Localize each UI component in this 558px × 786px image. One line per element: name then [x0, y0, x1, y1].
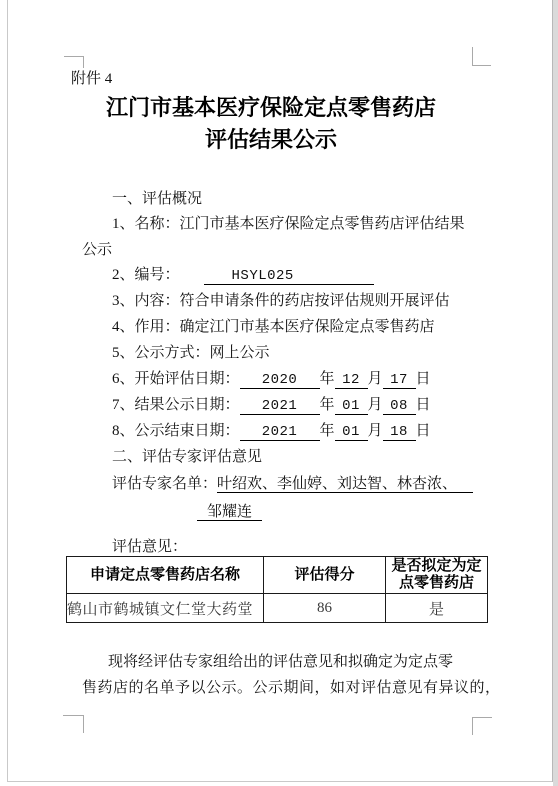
item-publicity-method: 5、公示方式：网上公示 [112, 344, 270, 362]
item-name-continuation: 公示 [82, 241, 112, 259]
month-char: 月 [368, 397, 383, 413]
opinion-label: 评估意见： [112, 538, 187, 556]
experts-names-2: 邹耀连 [197, 504, 262, 521]
header-designated: 是否拟定为定点零售药店 [386, 557, 488, 594]
date-month: 12 [335, 372, 368, 389]
day-char: 日 [416, 371, 431, 387]
cell-score: 86 [264, 594, 386, 623]
document-page: 附件 4 江门市基本医疗保险定点零售药店 评估结果公示 一、评估概况 1、名称：… [0, 0, 558, 786]
item-content: 3、内容：符合申请条件的药店按评估规则开展评估 [112, 292, 450, 310]
crop-mark-bottom-right [472, 717, 492, 735]
date-label: 6、开始评估日期： [112, 371, 240, 387]
header-score: 评估得分 [264, 557, 386, 594]
page-bottom-edge [7, 781, 553, 782]
cell-designated: 是 [386, 594, 488, 623]
year-char: 年 [320, 397, 335, 413]
table-row: 鹤山市鹤城镇文仁堂大药堂 86 是 [67, 594, 488, 623]
year-char: 年 [320, 423, 335, 439]
date-year: 2021 [240, 424, 320, 441]
item-number-line: 2、编号：HSYL025 [112, 266, 374, 285]
date-day: 17 [383, 372, 416, 389]
date-label: 7、结果公示日期： [112, 397, 240, 413]
date-day: 08 [383, 398, 416, 415]
header-pharmacy-name: 申请定点零售药店名称 [67, 557, 264, 594]
date-label: 8、公示结束日期： [112, 423, 240, 439]
cell-pharmacy-name: 鹤山市鹤城镇文仁堂大药堂 [67, 594, 264, 623]
crop-mark-top-left [64, 56, 84, 68]
item-number-label: 2、编号： [112, 267, 180, 283]
date-year: 2020 [240, 372, 320, 389]
date-month: 01 [335, 398, 368, 415]
section2-heading: 二、评估专家评估意见 [112, 448, 262, 466]
attachment-label: 附件 4 [71, 70, 112, 88]
experts-names: 叶绍欢、李仙婷、刘达智、林杏浓、 [217, 476, 473, 493]
date-line-end: 8、公示结束日期：2021年01月18日 [112, 422, 431, 441]
doc-title-line1: 江门市基本医疗保险定点零售药店 [36, 95, 506, 121]
date-month: 01 [335, 424, 368, 441]
day-char: 日 [416, 397, 431, 413]
closing-paragraph-line1: 现将经评估专家组给出的评估意见和拟确定为定点零 [108, 653, 453, 671]
crop-mark-bottom-left [63, 715, 84, 733]
crop-mark-top-right [472, 47, 491, 66]
page-left-edge [7, 0, 8, 782]
closing-paragraph-line2: 售药店的名单予以公示。公示期间，如对评估意见有异议的， [82, 679, 501, 697]
experts-line-continuation: 邹耀连 [197, 503, 262, 521]
month-char: 月 [368, 423, 383, 439]
date-year: 2021 [240, 398, 320, 415]
page-right-shadow [553, 0, 558, 786]
date-day: 18 [383, 424, 416, 441]
experts-line: 评估专家名单：叶绍欢、李仙婷、刘达智、林杏浓、 [112, 475, 473, 493]
item-function: 4、作用：确定江门市基本医疗保险定点零售药店 [112, 318, 435, 336]
doc-title-line2: 评估结果公示 [36, 127, 506, 153]
table-header-row: 申请定点零售药店名称 评估得分 是否拟定为定点零售药店 [67, 557, 488, 594]
day-char: 日 [416, 423, 431, 439]
date-line-start: 6、开始评估日期：2020年12月17日 [112, 370, 431, 389]
date-line-result: 7、结果公示日期：2021年01月08日 [112, 396, 431, 415]
evaluation-table: 申请定点零售药店名称 评估得分 是否拟定为定点零售药店 鹤山市鹤城镇文仁堂大药堂… [66, 556, 488, 623]
month-char: 月 [368, 371, 383, 387]
experts-label: 评估专家名单： [112, 476, 217, 492]
year-char: 年 [320, 371, 335, 387]
section1-heading: 一、评估概况 [112, 190, 202, 208]
item-number-value: HSYL025 [204, 268, 374, 285]
item-name: 1、名称：江门市基本医疗保险定点零售药店评估结果 [112, 215, 465, 233]
